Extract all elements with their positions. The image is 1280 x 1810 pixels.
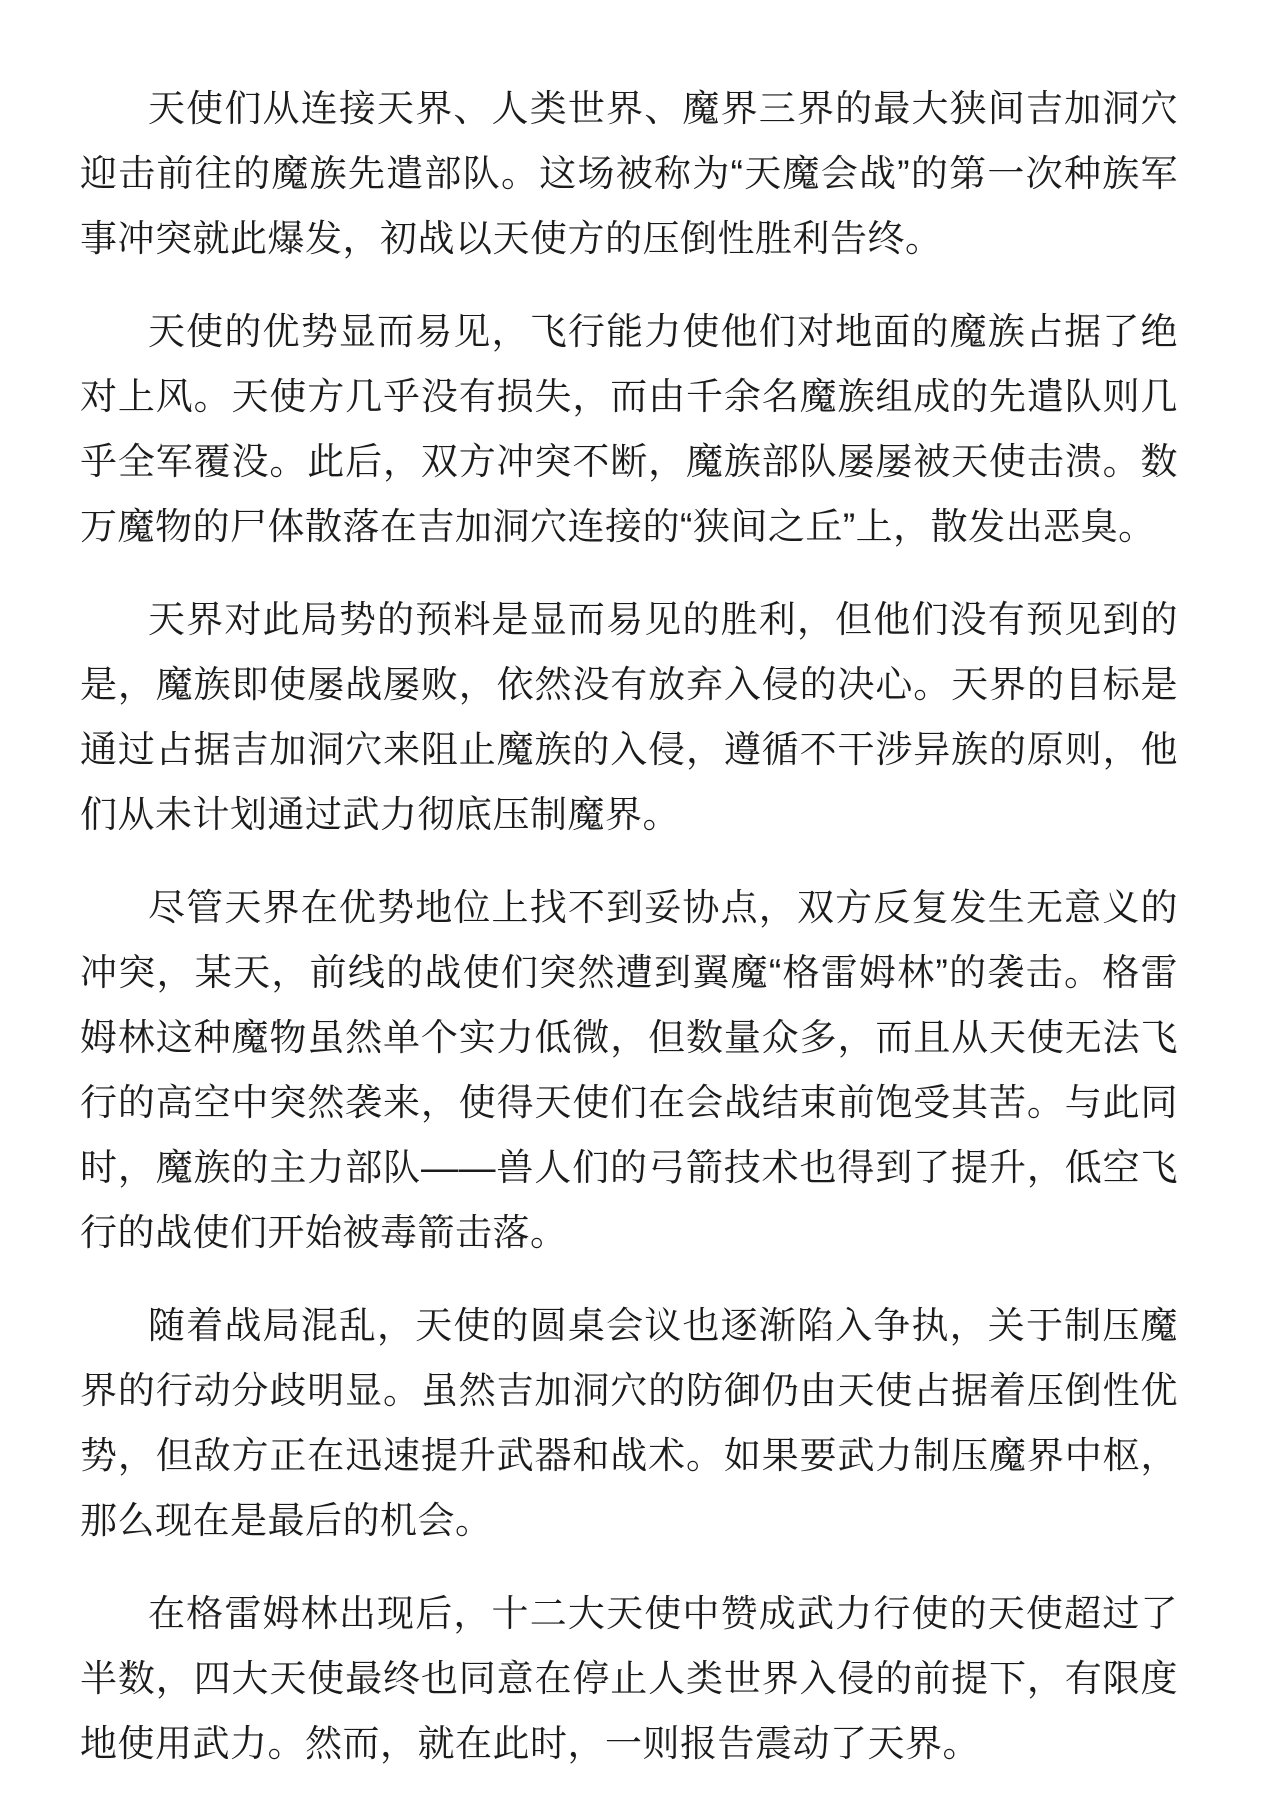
- paragraph-1: 天使们从连接天界、人类世界、魔界三界的最大狭间吉加洞穴迎击前往的魔族先遣部队。这…: [80, 76, 1178, 271]
- paragraph-5: 随着战局混乱，天使的圆桌会议也逐渐陷入争执，关于制压魔界的行动分歧明显。虽然吉加…: [80, 1293, 1178, 1553]
- paragraph-3: 天界对此局势的预料是显而易见的胜利，但他们没有预见到的是，魔族即使屡战屡败，依然…: [80, 587, 1178, 847]
- document-page: 天使们从连接天界、人类世界、魔界三界的最大狭间吉加洞穴迎击前往的魔族先遣部队。这…: [0, 0, 1280, 1810]
- paragraph-4: 尽管天界在优势地位上找不到妥协点，双方反复发生无意义的冲突，某天，前线的战使们突…: [80, 875, 1178, 1265]
- paragraph-6: 在格雷姆林出现后，十二大天使中赞成武力行使的天使超过了半数，四大天使最终也同意在…: [80, 1581, 1178, 1776]
- paragraph-2: 天使的优势显而易见，飞行能力使他们对地面的魔族占据了绝对上风。天使方几乎没有损失…: [80, 299, 1178, 559]
